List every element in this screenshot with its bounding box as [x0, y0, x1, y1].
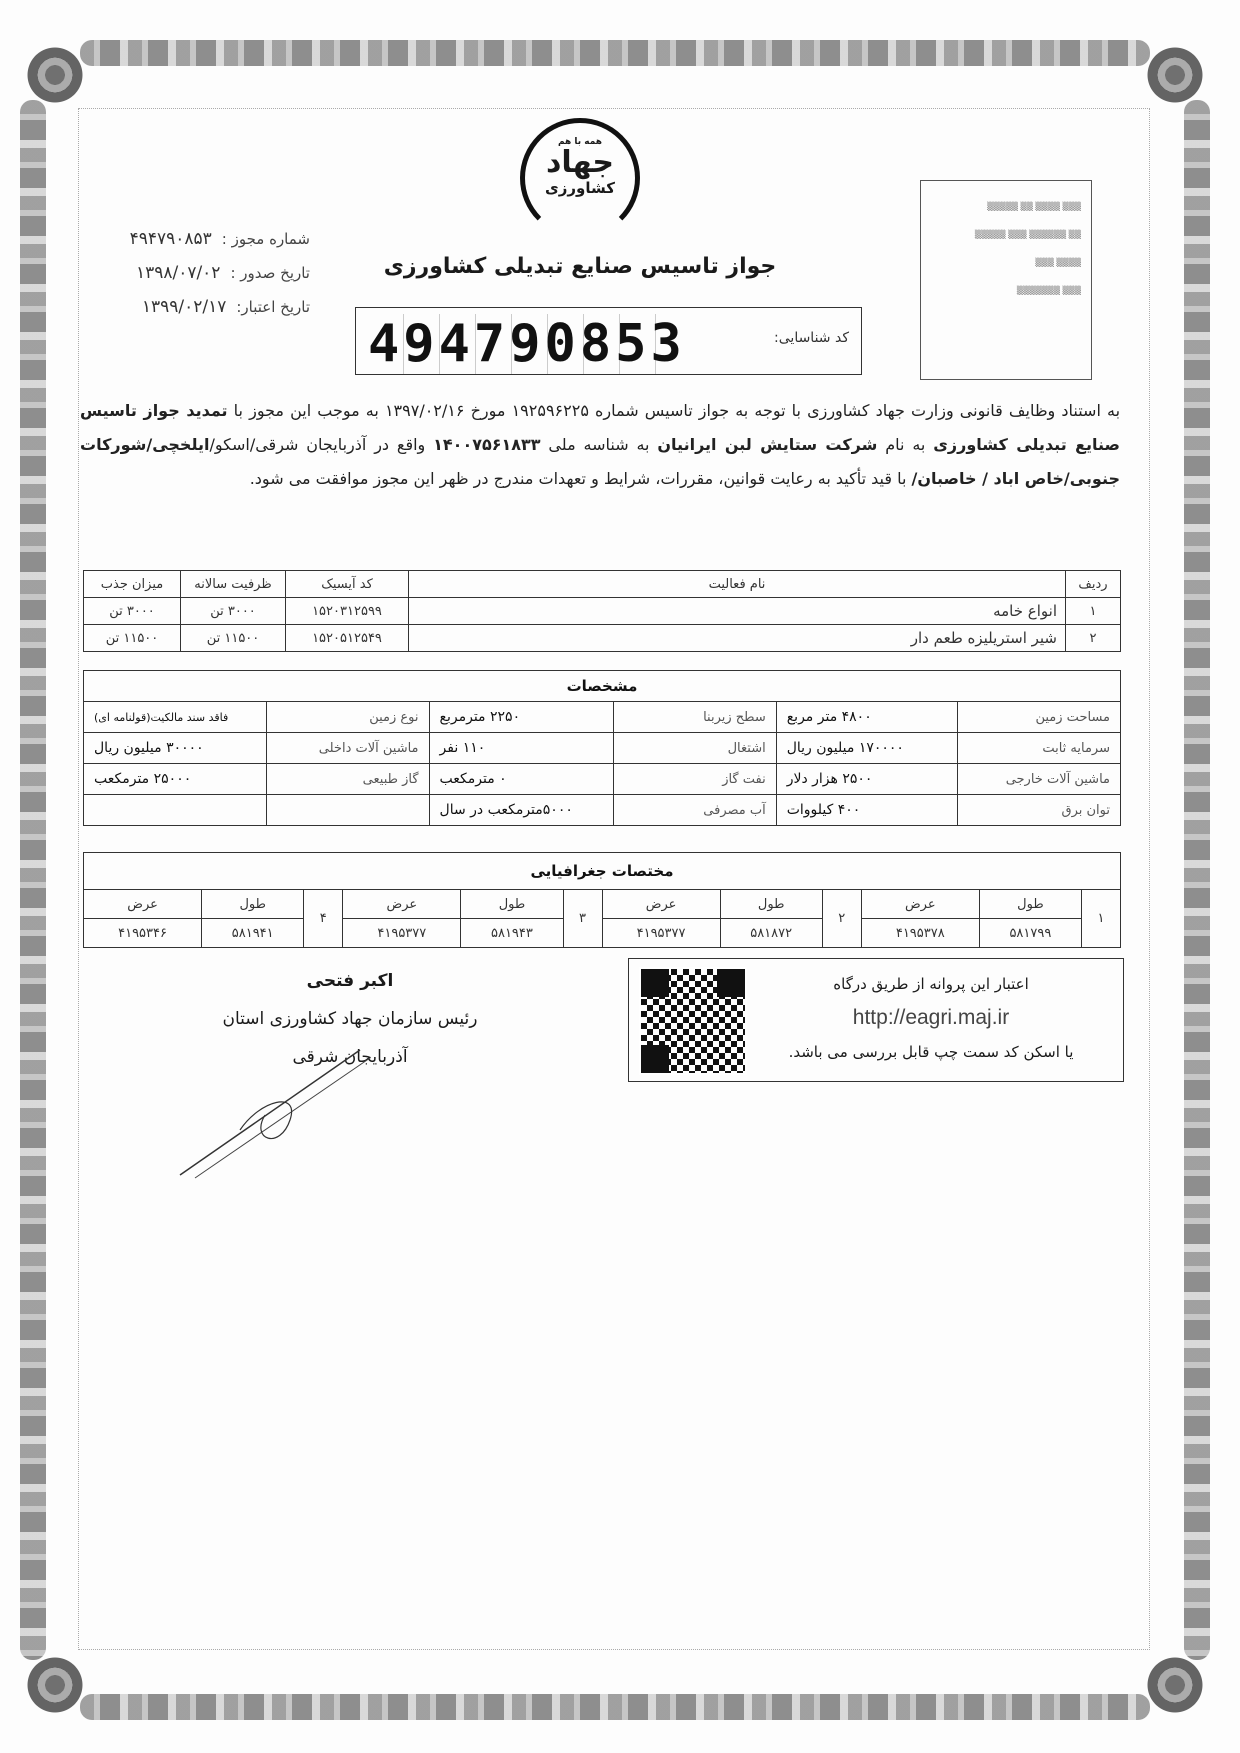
specs-table: مشخصات مساحت زمین۴۸۰۰ متر مربع سطح زیربن… [83, 670, 1121, 826]
issue-date-label: تاریخ صدور : [230, 256, 310, 290]
table-row: ماشین آلات خارجی۲۵۰۰ هزار دلار نفت گاز۰ … [84, 764, 1121, 795]
table-row: ۱ انواع خامه ۱۵۲۰۳۱۲۵۹۹ ۳۰۰۰ تن ۳۰۰۰ تن [84, 598, 1121, 625]
attached-photo-stamp: ▒▒▒ ▒▒▒▒ ▒▒ ▒▒▒▒▒ ▒▒ ▒▒▒▒▒▒ ▒▒▒ ▒▒▒▒▒ ▒▒… [920, 180, 1092, 380]
logo-line1: جهاد [525, 147, 635, 179]
geo-title: مختصات جغرافیایی [84, 853, 1121, 890]
geo-coordinates-table: مختصات جغرافیایی ۱ طولعرض ۲ طولعرض ۳ طول… [83, 852, 1121, 948]
table-row: ۵۸۱۷۹۹۴۱۹۵۳۷۸ ۵۸۱۸۷۲۴۱۹۵۳۷۷ ۵۸۱۹۴۳۴۱۹۵۳۷… [84, 919, 1121, 948]
border-right [1184, 100, 1210, 1660]
verify-url-link[interactable]: http://eagri.maj.ir [751, 1001, 1111, 1035]
geo-header-row: ۱ طولعرض ۲ طولعرض ۳ طولعرض ۴ طولعرض [84, 890, 1121, 919]
ministry-logo: همه با هم جهاد کشاورزی [520, 118, 640, 238]
logo-line2: کشاورزی [525, 179, 635, 197]
id-code-label: کد شناسایی: [774, 330, 849, 346]
issue-date: ۱۳۹۸/۰۷/۰۲ [136, 256, 221, 290]
border-top [80, 40, 1150, 66]
signature-icon [170, 1040, 390, 1180]
verify-line1: اعتبار این پروانه از طریق درگاه [751, 967, 1111, 1001]
license-meta: شماره مجوز :۴۹۴۷۹۰۸۵۳ تاریخ صدور :۱۳۹۸/۰… [80, 222, 310, 324]
signatory-name: اکبر فتحی [200, 962, 500, 1000]
table-row: مساحت زمین۴۸۰۰ متر مربع سطح زیربنا۲۲۵۰ م… [84, 702, 1121, 733]
license-no: ۴۹۴۷۹۰۸۵۳ [130, 222, 212, 256]
signatory-title: رئیس سازمان جهاد کشاورزی استان [200, 1000, 500, 1038]
border-bottom [80, 1694, 1150, 1720]
activities-table: ردیف نام فعالیت کد آیسیک ظرفیت سالانه می… [83, 570, 1121, 652]
table-header-row: ردیف نام فعالیت کد آیسیک ظرفیت سالانه می… [84, 571, 1121, 598]
verification-box: اعتبار این پروانه از طریق درگاه http://e… [628, 958, 1124, 1082]
valid-date: ۱۳۹۹/۰۲/۱۷ [142, 290, 227, 324]
table-row: توان برق۴۰۰ کیلووات آب مصرفی۵۰۰۰مترمکعب … [84, 795, 1121, 826]
valid-date-label: تاریخ اعتبار: [236, 290, 310, 324]
specs-title: مشخصات [84, 671, 1121, 702]
corner-ornament-icon [1140, 1650, 1210, 1720]
id-code: 494790853 [368, 314, 686, 374]
document-title: جواز تاسیس صنایع تبدیلی کشاورزی [340, 254, 820, 279]
license-no-label: شماره مجوز : [222, 222, 310, 256]
qr-code-icon[interactable] [639, 967, 747, 1075]
border-left [20, 100, 46, 1660]
table-row: ۲ شیر استریلیزه طعم دار ۱۵۲۰۵۱۲۵۴۹ ۱۱۵۰۰… [84, 625, 1121, 652]
corner-ornament-icon [20, 1650, 90, 1720]
license-body-text: به استناد وظایف قانونی وزارت جهاد کشاورز… [80, 394, 1120, 496]
id-code-box: کد شناسایی: 494790853 [355, 307, 862, 375]
table-row: سرمایه ثابت۱۷۰۰۰۰ میلیون ریال اشتغال۱۱۰ … [84, 733, 1121, 764]
corner-ornament-icon [1140, 40, 1210, 110]
verify-line2: یا اسکن کد سمت چپ قابل بررسی می باشد. [751, 1035, 1111, 1069]
corner-ornament-icon [20, 40, 90, 110]
